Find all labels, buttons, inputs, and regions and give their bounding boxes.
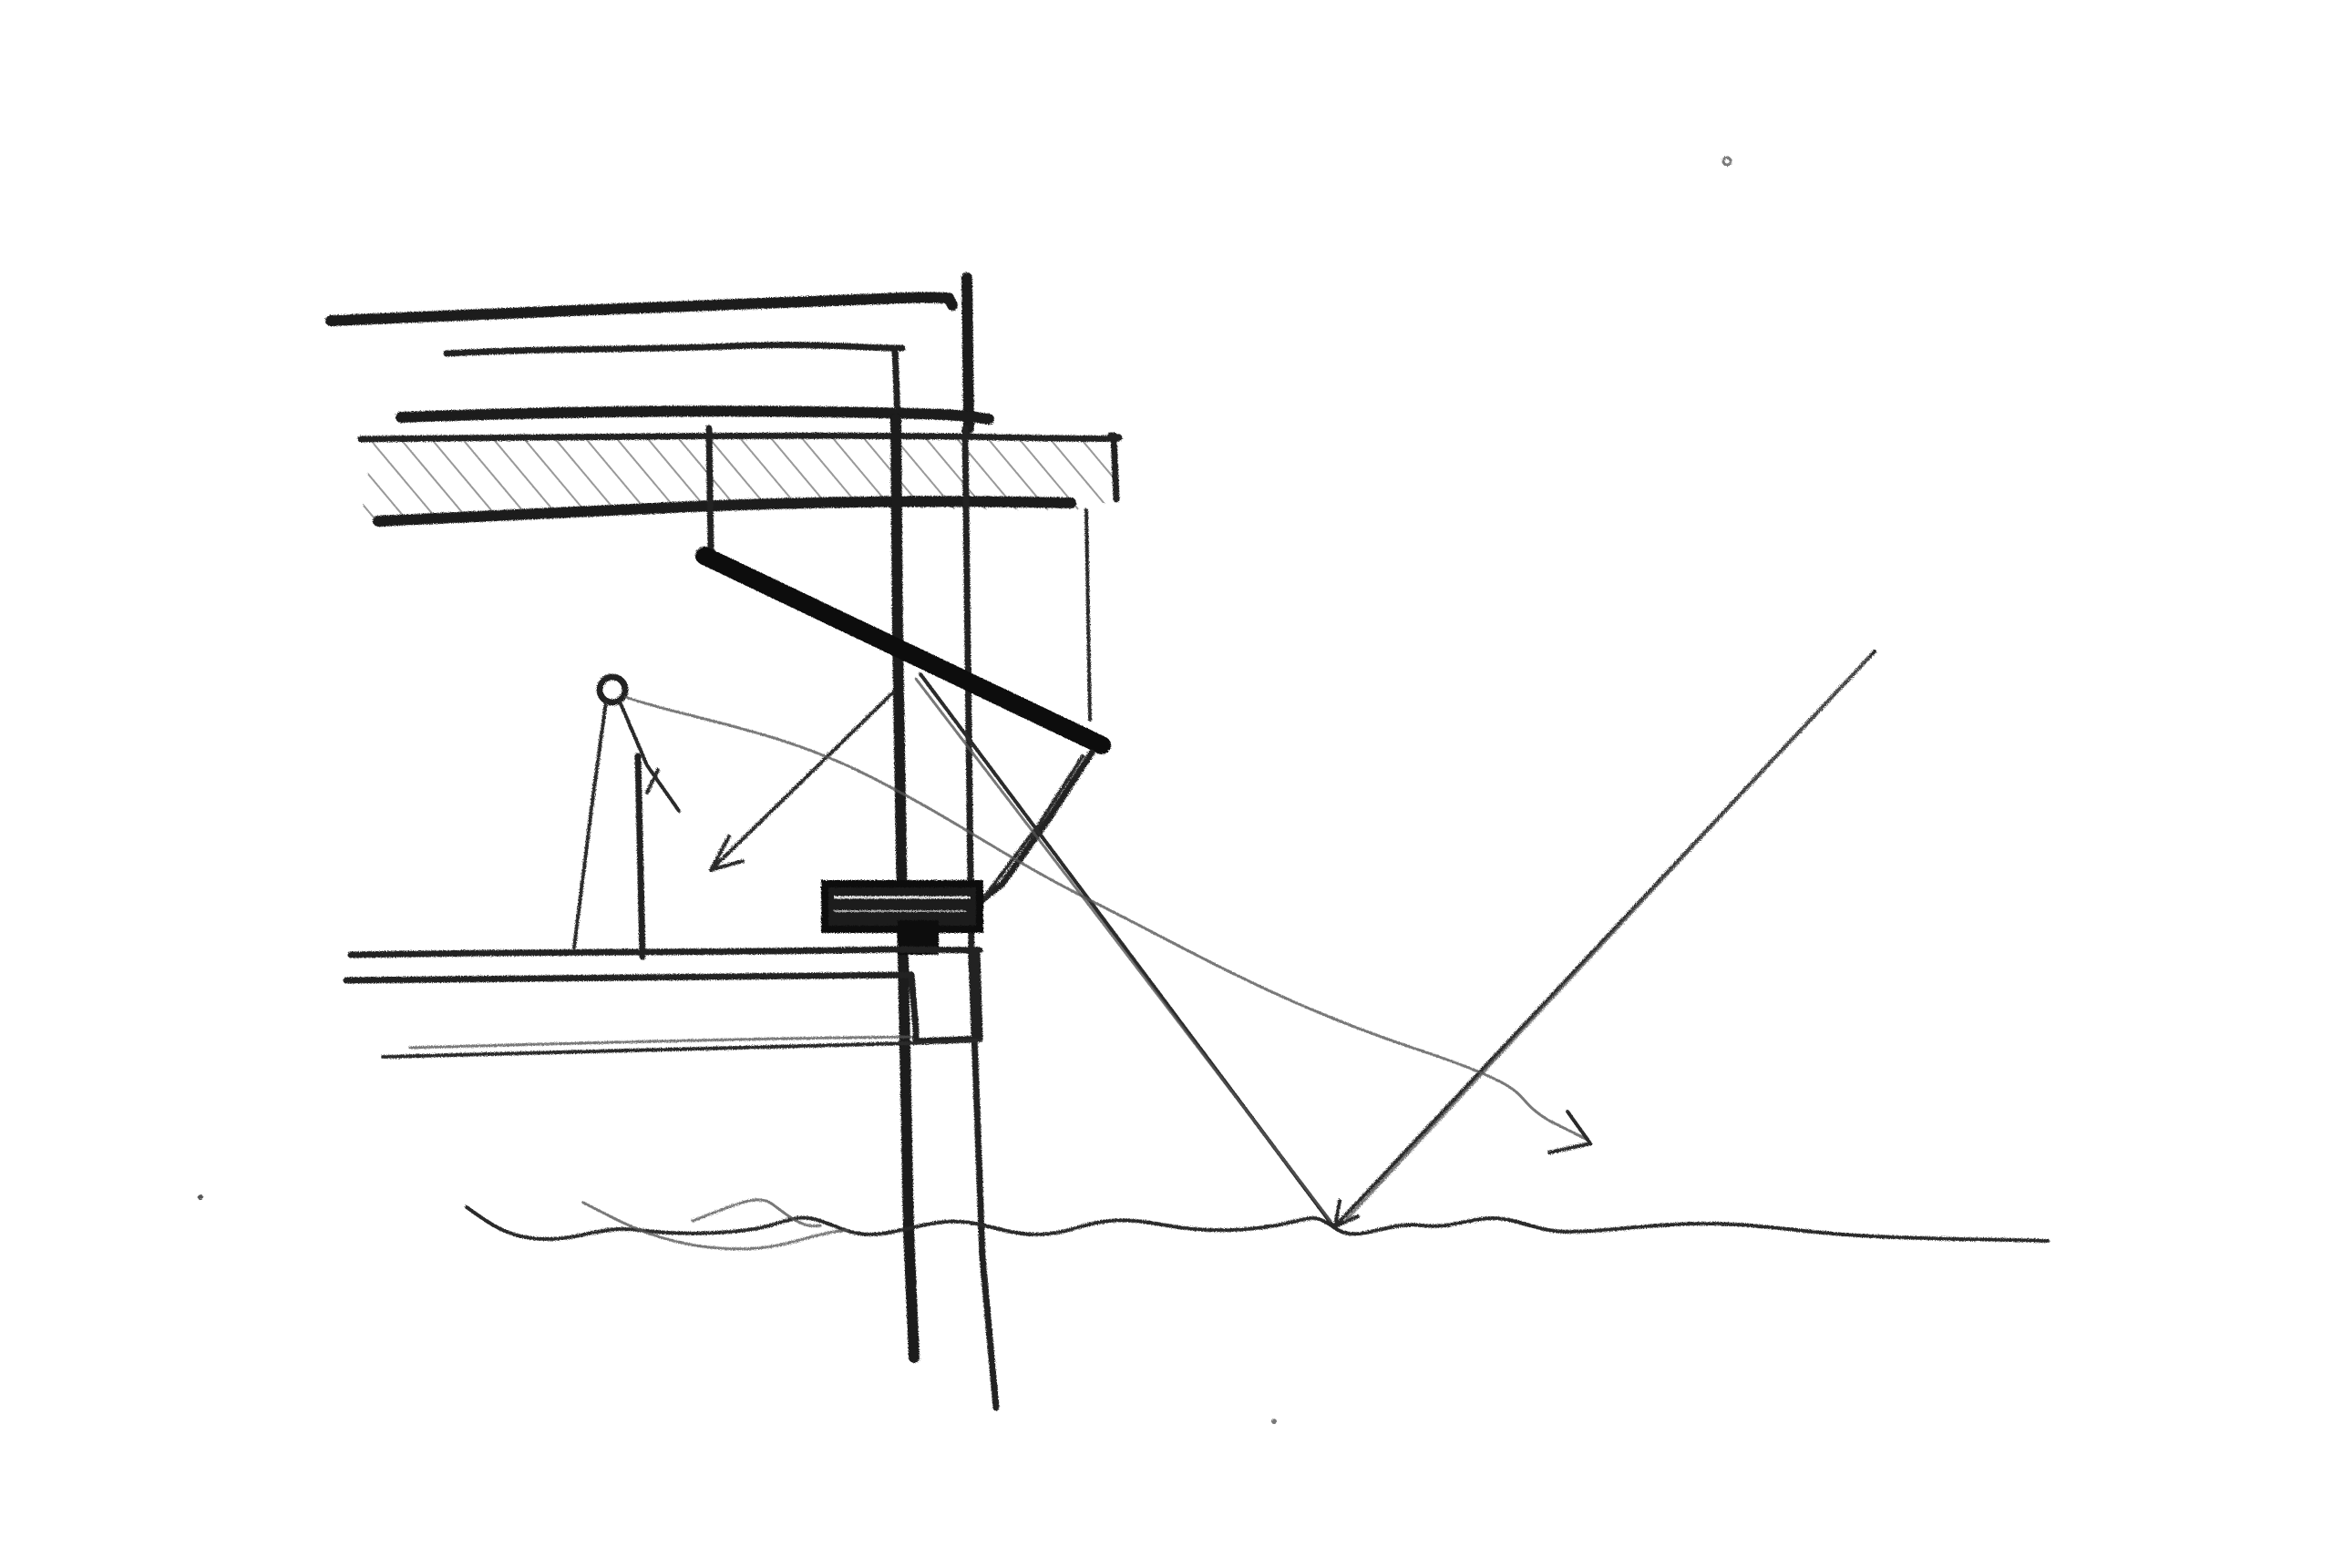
water-surface [467, 1200, 2048, 1249]
standing-figure [574, 677, 679, 957]
window-box [825, 884, 980, 955]
roof-overhang [331, 278, 969, 428]
incoming-sun-ray [1335, 651, 1875, 1226]
lower-floor-slabs [346, 949, 980, 1057]
hatched-floor-slab [360, 411, 1119, 551]
section-sketch [0, 0, 2333, 1568]
